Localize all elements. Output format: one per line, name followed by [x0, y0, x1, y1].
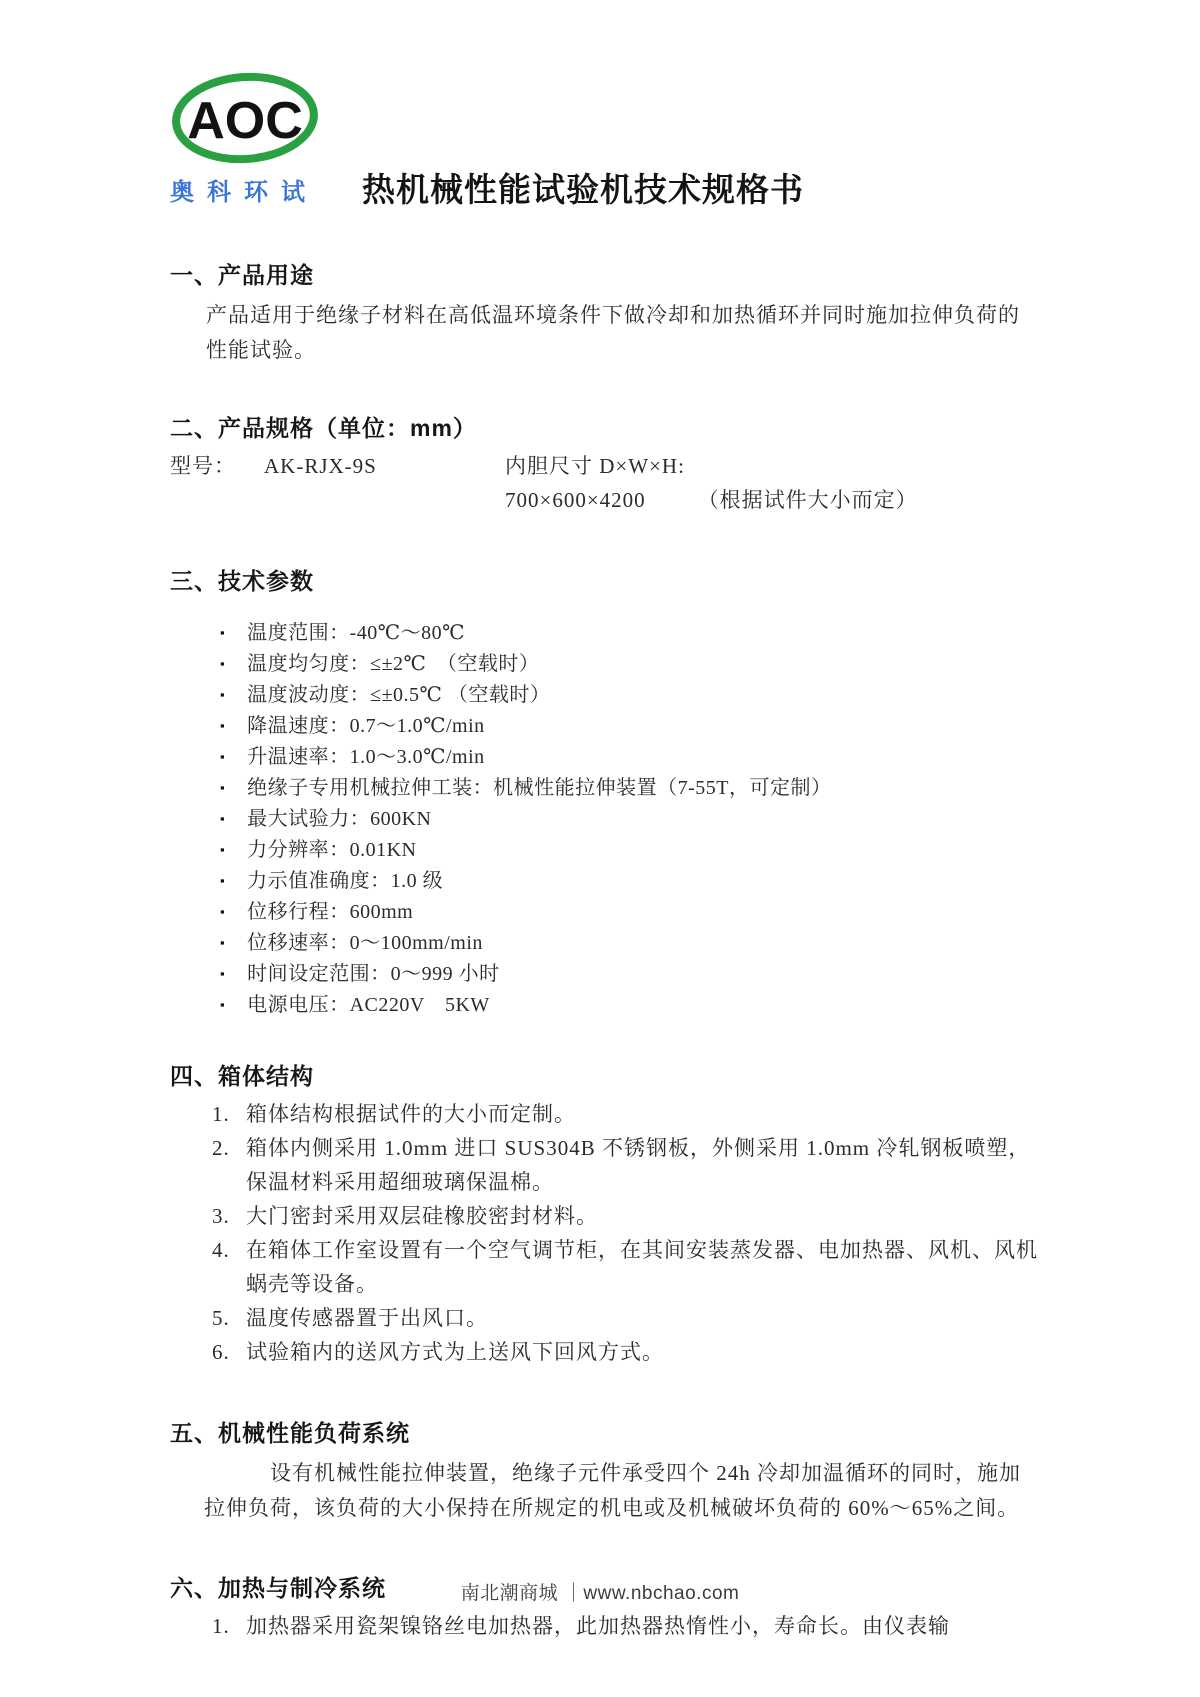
param-item: ▪温度范围：-40℃～80℃ — [220, 622, 1040, 646]
section-product-use: 一、产品用途 产品适用于绝缘子材料在高低温环境条件下做冷却和加热循环并同时施加拉… — [170, 257, 1040, 368]
item-text: 加热器采用瓷架镍铬丝电加热器，此加热器热惰性小，寿命长。由仪表输 — [246, 1609, 950, 1643]
param-item: ▪力分辨率：0.01KN — [220, 839, 1040, 863]
bullet-icon: ▪ — [220, 715, 225, 737]
param-text: 电源电压：AC220V 5KW — [247, 994, 490, 1016]
section5-body: 设有机械性能拉伸装置，绝缘子元件承受四个 24h 冷却加温循环的同时，施加拉伸负… — [170, 1456, 1040, 1526]
spec-row-size: 700×600×4200（根据试件大小而定） — [170, 483, 1040, 517]
item-text: 箱体内侧采用 1.0mm 进口 SUS304B 不锈钢板，外侧采用 1.0mm … — [246, 1131, 1040, 1199]
list-item: 2.箱体内侧采用 1.0mm 进口 SUS304B 不锈钢板，外侧采用 1.0m… — [212, 1131, 1040, 1199]
spec-row-model: 型号：AK-RJX-9S 内胆尺寸 D×W×H: — [170, 449, 1040, 483]
param-item: ▪降温速度：0.7～1.0℃/min — [220, 715, 1040, 739]
bullet-icon: ▪ — [220, 963, 225, 985]
param-item: ▪位移速率：0～100mm/min — [220, 932, 1040, 956]
item-text: 箱体结构根据试件的大小而定制。 — [246, 1097, 576, 1131]
item-number: 6. — [212, 1335, 246, 1369]
page-footer: 南北潮商城 ｜www.nbchao.com — [0, 1578, 1200, 1605]
item-number: 5. — [212, 1301, 246, 1335]
model-value: AK-RJX-9S — [264, 454, 377, 478]
item-number: 4. — [212, 1233, 246, 1301]
param-text: 降温速度：0.7～1.0℃/min — [247, 715, 485, 737]
param-item: ▪时间设定范围：0～999 小时 — [220, 963, 1040, 987]
item-text: 大门密封采用双层硅橡胶密封材料。 — [246, 1199, 598, 1233]
list-item: 1.箱体结构根据试件的大小而定制。 — [212, 1097, 1040, 1131]
heating-cooling-list: 1.加热器采用瓷架镍铬丝电加热器，此加热器热惰性小，寿命长。由仪表输 — [170, 1609, 1040, 1643]
param-text: 温度均匀度：≤±2℃ （空载时） — [247, 653, 539, 675]
bullet-icon: ▪ — [220, 994, 225, 1016]
item-text: 温度传感器置于出风口。 — [246, 1301, 488, 1335]
param-text: 温度波动度：≤±0.5℃ （空载时） — [247, 684, 550, 706]
inner-size-note: （根据试件大小而定） — [698, 488, 918, 512]
section2-heading: 二、产品规格（单位：mm） — [170, 410, 1040, 443]
company-logo: AOC 奥科环试 — [170, 72, 326, 207]
item-number: 1. — [212, 1609, 246, 1643]
inner-size-cell: 700×600×4200（根据试件大小而定） — [505, 483, 918, 517]
document-header: AOC 奥科环试 热机械性能试验机技术规格书 — [170, 72, 1040, 211]
param-text: 位移行程：600mm — [247, 901, 413, 923]
param-text: 力示值准确度：1.0 级 — [247, 870, 443, 892]
bullet-icon: ▪ — [220, 839, 225, 861]
section1-heading: 一、产品用途 — [170, 257, 1040, 290]
section1-body: 产品适用于绝缘子材料在高低温环境条件下做冷却和加热循环并同时施加拉伸负荷的性能试… — [170, 298, 1040, 368]
section4-heading: 四、箱体结构 — [170, 1058, 1040, 1091]
document-page: AOC 奥科环试 热机械性能试验机技术规格书 一、产品用途 产品适用于绝缘子材料… — [0, 0, 1200, 1697]
model-cell: 型号：AK-RJX-9S — [170, 449, 505, 483]
item-text: 在箱体工作室设置有一个空气调节柜，在其间安装蒸发器、电加热器、风机、风机蜗壳等设… — [246, 1233, 1040, 1301]
item-text: 试验箱内的送风方式为上送风下回风方式。 — [246, 1335, 664, 1369]
logo-acronym: AOC — [187, 92, 303, 150]
list-item: 6.试验箱内的送风方式为上送风下回风方式。 — [212, 1335, 1040, 1369]
bullet-icon: ▪ — [220, 653, 225, 675]
item-number: 3. — [212, 1199, 246, 1233]
param-item: ▪升温速率：1.0～3.0℃/min — [220, 746, 1040, 770]
logo-chinese-name: 奥科环试 — [170, 172, 326, 207]
section-product-spec: 二、产品规格（单位：mm） 型号：AK-RJX-9S 内胆尺寸 D×W×H: 7… — [170, 410, 1040, 517]
param-text: 升温速率：1.0～3.0℃/min — [247, 746, 485, 768]
section-technical-params: 三、技术参数 ▪温度范围：-40℃～80℃ ▪温度均匀度：≤±2℃ （空载时） … — [170, 563, 1040, 1018]
param-item: ▪位移行程：600mm — [220, 901, 1040, 925]
param-item: ▪绝缘子专用机械拉伸工装：机械性能拉伸装置（7-55T，可定制） — [220, 777, 1040, 801]
bullet-icon: ▪ — [220, 901, 225, 923]
item-number: 2. — [212, 1131, 246, 1199]
inner-size-value: 700×600×4200 — [505, 488, 646, 512]
param-text: 位移速率：0～100mm/min — [247, 932, 483, 954]
param-item: ▪电源电压：AC220V 5KW — [220, 994, 1040, 1018]
inner-size-label: 内胆尺寸 D×W×H: — [505, 449, 685, 483]
section3-heading: 三、技术参数 — [170, 563, 1040, 596]
bullet-icon: ▪ — [220, 777, 225, 799]
list-item: 4.在箱体工作室设置有一个空气调节柜，在其间安装蒸发器、电加热器、风机、风机蜗壳… — [212, 1233, 1040, 1301]
bullet-icon: ▪ — [220, 808, 225, 830]
param-item: ▪温度均匀度：≤±2℃ （空载时） — [220, 653, 1040, 677]
list-item: 3.大门密封采用双层硅橡胶密封材料。 — [212, 1199, 1040, 1233]
section-cabinet-structure: 四、箱体结构 1.箱体结构根据试件的大小而定制。 2.箱体内侧采用 1.0mm … — [170, 1058, 1040, 1369]
section5-heading: 五、机械性能负荷系统 — [170, 1415, 1040, 1448]
logo-oval-icon: AOC — [170, 72, 320, 168]
empty-cell — [170, 483, 505, 517]
bullet-icon: ▪ — [220, 622, 225, 644]
page-title: 热机械性能试验机技术规格书 — [362, 164, 804, 211]
param-text: 最大试验力：600KN — [247, 808, 431, 830]
param-text: 绝缘子专用机械拉伸工装：机械性能拉伸装置（7-55T，可定制） — [247, 777, 831, 799]
param-text: 力分辨率：0.01KN — [247, 839, 416, 861]
cabinet-structure-list: 1.箱体结构根据试件的大小而定制。 2.箱体内侧采用 1.0mm 进口 SUS3… — [170, 1097, 1040, 1369]
param-item: ▪力示值准确度：1.0 级 — [220, 870, 1040, 894]
bullet-icon: ▪ — [220, 684, 225, 706]
item-number: 1. — [212, 1097, 246, 1131]
bullet-icon: ▪ — [220, 746, 225, 768]
bullet-icon: ▪ — [220, 870, 225, 892]
aoc-logo-icon: AOC — [170, 72, 320, 168]
bullet-icon: ▪ — [220, 932, 225, 954]
param-text: 温度范围：-40℃～80℃ — [247, 622, 465, 644]
list-item: 5.温度传感器置于出风口。 — [212, 1301, 1040, 1335]
param-item: ▪温度波动度：≤±0.5℃ （空载时） — [220, 684, 1040, 708]
model-label: 型号： — [170, 454, 236, 478]
param-list: ▪温度范围：-40℃～80℃ ▪温度均匀度：≤±2℃ （空载时） ▪温度波动度：… — [170, 622, 1040, 1018]
section-mechanical-load-system: 五、机械性能负荷系统 设有机械性能拉伸装置，绝缘子元件承受四个 24h 冷却加温… — [170, 1415, 1040, 1526]
spec-table: 型号：AK-RJX-9S 内胆尺寸 D×W×H: 700×600×4200（根据… — [170, 449, 1040, 517]
param-item: ▪最大试验力：600KN — [220, 808, 1040, 832]
list-item: 1.加热器采用瓷架镍铬丝电加热器，此加热器热惰性小，寿命长。由仪表输 — [212, 1609, 1040, 1643]
param-text: 时间设定范围：0～999 小时 — [247, 963, 500, 985]
